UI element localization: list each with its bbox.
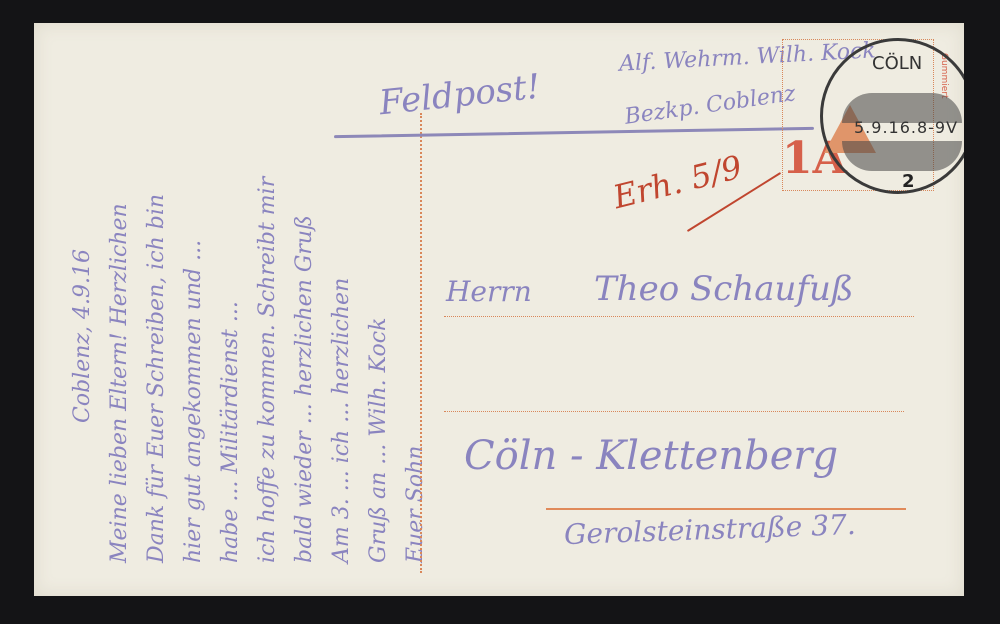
message-dateline: Coblenz, 4.9.16: [64, 177, 101, 563]
message-line: Am 3. ... ich ... herzlichen: [323, 177, 360, 563]
recipient-street: Gerolsteinstraße 37.: [564, 508, 857, 551]
center-divider: [420, 113, 422, 573]
message-line: Euer Sohn: [397, 177, 434, 563]
message-line: habe ... Militärdienst ...: [212, 177, 249, 563]
address-line-1: [444, 316, 914, 317]
postmark-district: 2: [902, 171, 915, 192]
postmark-city: CÖLN: [872, 53, 922, 74]
recipient-salutation: Herrn: [446, 275, 532, 308]
sender-line-2: Bezkp. Coblenz: [623, 81, 797, 130]
postmark-bar-bottom: [842, 141, 962, 171]
message-line: Meine lieben Eltern! Herzlichen: [101, 177, 138, 563]
message-line: hier gut angekommen und ...: [175, 177, 212, 563]
message-line: ich hoffe zu kommen. Schreibt mir: [249, 177, 286, 563]
recipient-name: Theo Schaufuß: [594, 269, 854, 309]
feldpost-header: Feldpost!: [377, 67, 542, 124]
ink-strike-line: [334, 127, 814, 138]
postcard: Coblenz, 4.9.16 Meine lieben Eltern! Her…: [34, 23, 964, 596]
handwritten-message: Coblenz, 4.9.16 Meine lieben Eltern! Her…: [64, 177, 434, 563]
postmark-date: 5.9.16.8-9V: [854, 118, 958, 137]
recipient-city: Cöln - Klettenberg: [464, 433, 838, 479]
address-line-2: [444, 411, 904, 412]
message-line: Dank für Euer Schreiben, ich bin: [138, 177, 175, 563]
message-line: bald wieder ... herzlichen Gruß: [286, 177, 323, 563]
message-line: Gruß an ... Wilh. Kock: [360, 177, 397, 563]
